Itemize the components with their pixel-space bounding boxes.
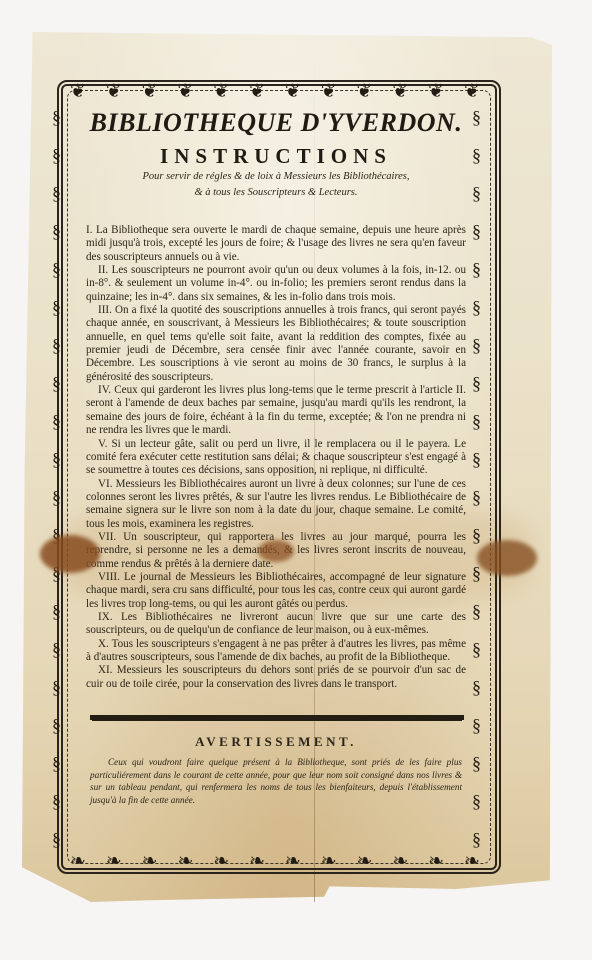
ornament-icon: §: [472, 792, 481, 810]
stain-right: [477, 540, 537, 576]
rule-item: VI. Messieurs les Bibliothécaires auront…: [86, 478, 466, 531]
ornament-icon: §: [52, 184, 61, 202]
rule-number: X.: [98, 638, 109, 650]
rule-number: II.: [98, 264, 108, 276]
ornament-icon: ❦: [213, 82, 229, 101]
ornament-icon: §: [472, 146, 481, 164]
ornament-icon: §: [52, 412, 61, 430]
ornament-icon: §: [472, 184, 481, 202]
ornament-icon: ❦: [357, 82, 373, 101]
ornament-icon: §: [52, 450, 61, 468]
ornament-icon: ❧: [464, 852, 480, 871]
rule-item: II. Les souscripteurs ne pourront avoir …: [86, 264, 466, 304]
rule-text: Messieurs les Bibliothécaires auront un …: [86, 478, 466, 530]
right-ornament-column: § § § § § § § § § § § § § § § § § § § §: [472, 108, 481, 848]
rule-text: Tous les souscripteurs s'engagent à ne p…: [86, 638, 466, 663]
top-ornament-row: ❦ ❦ ❦ ❦ ❦ ❦ ❦ ❦ ❦ ❦ ❦ ❦: [70, 82, 480, 101]
ornament-icon: ❧: [428, 852, 444, 871]
rule-text: Les souscripteurs ne pourront avoir qu'u…: [86, 264, 466, 303]
ornament-icon: §: [472, 298, 481, 316]
ornament-icon: §: [472, 450, 481, 468]
rule-number: VII.: [98, 531, 116, 543]
ornament-icon: §: [472, 222, 481, 240]
stain-center: [258, 540, 294, 562]
ornament-icon: §: [472, 488, 481, 506]
ornament-icon: §: [472, 564, 481, 582]
ornament-icon: §: [52, 640, 61, 658]
ornament-icon: §: [472, 412, 481, 430]
rule-item: XI. Messieurs les souscripteurs du dehor…: [86, 664, 466, 691]
lead-line-1: Pour servir de régles & de loix à Messie…: [86, 170, 466, 184]
ornament-icon: §: [52, 754, 61, 772]
ornament-icon: §: [52, 260, 61, 278]
ornament-icon: ❦: [285, 82, 301, 101]
document-content: BIBLIOTHEQUE D'YVERDON. INSTRUCTIONS Pou…: [86, 108, 466, 806]
ornament-icon: §: [52, 336, 61, 354]
ornament-icon: §: [52, 678, 61, 696]
ornament-icon: ❧: [249, 852, 265, 871]
lead-line-2: & à tous les Souscripteurs & Lecteurs.: [86, 186, 466, 200]
ornament-icon: ❧: [213, 852, 229, 871]
rule-number: IX.: [98, 611, 112, 623]
ornament-icon: §: [52, 830, 61, 848]
rule-item: IX. Les Bibliothécaires ne livreront auc…: [86, 611, 466, 638]
ornament-icon: ❦: [70, 82, 86, 101]
ornament-icon: ❧: [177, 852, 193, 871]
rule-number: V.: [98, 438, 107, 450]
ornament-icon: §: [472, 108, 481, 126]
ornament-icon: ❦: [464, 82, 480, 101]
ornament-icon: §: [472, 374, 481, 392]
ornament-icon: §: [472, 830, 481, 848]
ornament-icon: §: [472, 260, 481, 278]
stain-left: [40, 535, 100, 573]
rule-number: VIII.: [98, 571, 120, 583]
rule-item: X. Tous les souscripteurs s'engagent à n…: [86, 638, 466, 665]
rule-text: Les Bibliothécaires ne livreront aucun l…: [86, 611, 466, 636]
ornament-icon: ❧: [321, 852, 337, 871]
left-ornament-column: § § § § § § § § § § § § § § § § § § § §: [52, 108, 61, 848]
ornament-icon: §: [472, 716, 481, 734]
rule-number: VI.: [98, 478, 112, 490]
ornament-icon: §: [472, 602, 481, 620]
ornament-icon: ❧: [70, 852, 86, 871]
ornament-icon: ❦: [106, 82, 122, 101]
bottom-ornament-row: ❧ ❧ ❧ ❧ ❧ ❧ ❧ ❧ ❧ ❧ ❧ ❧: [70, 852, 480, 871]
ornament-icon: §: [52, 792, 61, 810]
rule-text: La Bibliotheque sera ouverte le mardi de…: [86, 224, 466, 263]
ornament-icon: ❧: [357, 852, 373, 871]
rule-text: Si un lecteur gâte, salit ou perd un liv…: [86, 438, 466, 477]
rule-item: VIII. Le journal de Messieurs les Biblio…: [86, 571, 466, 611]
notice-body: Ceux qui voudront faire quelque présent …: [90, 756, 462, 806]
notice-title: AVERTISSEMENT.: [86, 734, 466, 750]
section-divider: [90, 715, 464, 720]
ornament-icon: §: [472, 336, 481, 354]
ornament-icon: §: [52, 222, 61, 240]
rule-number: XI.: [98, 664, 112, 676]
rule-item: I. La Bibliotheque sera ouverte le mardi…: [86, 224, 466, 264]
rules-list: I. La Bibliotheque sera ouverte le mardi…: [86, 224, 466, 691]
ornament-icon: §: [472, 640, 481, 658]
rule-item: IV. Ceux qui garderont les livres plus l…: [86, 384, 466, 437]
rule-item: V. Si un lecteur gâte, salit ou perd un …: [86, 438, 466, 478]
ornament-icon: §: [52, 374, 61, 392]
ornament-icon: ❦: [392, 82, 408, 101]
ornament-icon: ❦: [142, 82, 158, 101]
rule-text: Le journal de Messieurs les Bibliothécai…: [86, 571, 466, 610]
ornament-icon: §: [52, 716, 61, 734]
rule-number: III.: [98, 304, 112, 316]
ornament-icon: §: [472, 526, 481, 544]
ornament-icon: ❦: [249, 82, 265, 101]
rule-item: III. On a fixé la quotité des souscripti…: [86, 304, 466, 384]
document-title: BIBLIOTHEQUE D'YVERDON.: [86, 108, 466, 138]
ornament-icon: §: [472, 754, 481, 772]
ornament-icon: §: [52, 298, 61, 316]
ornament-icon: ❦: [177, 82, 193, 101]
ornament-icon: ❧: [142, 852, 158, 871]
ornament-icon: ❧: [392, 852, 408, 871]
ornament-icon: ❧: [106, 852, 122, 871]
rule-text: Messieurs les souscripteurs du dehors so…: [86, 664, 466, 689]
ornament-icon: §: [52, 488, 61, 506]
ornament-icon: ❧: [285, 852, 301, 871]
rule-number: I.: [86, 224, 92, 236]
ornament-icon: §: [52, 108, 61, 126]
ornament-icon: §: [472, 678, 481, 696]
document-heading: INSTRUCTIONS: [86, 144, 466, 168]
ornament-icon: ❦: [428, 82, 444, 101]
ornament-icon: §: [52, 602, 61, 620]
ornament-icon: ❦: [321, 82, 337, 101]
rule-text: Ceux qui garderont les livres plus long-…: [86, 384, 466, 436]
ornament-icon: §: [52, 146, 61, 164]
rule-number: IV.: [98, 384, 111, 396]
rule-text: On a fixé la quotité des souscriptions a…: [86, 304, 466, 383]
